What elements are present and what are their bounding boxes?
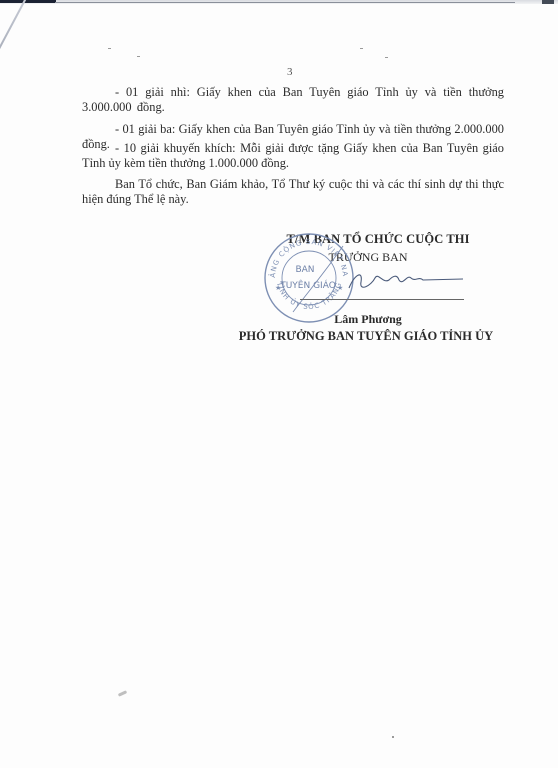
paragraph-text: - 10 giải khuyến khích: Mỗi giải được tặ…: [82, 141, 504, 170]
svg-text:TUYÊN GIÁO: TUYÊN GIÁO: [279, 279, 336, 291]
signature-line: [300, 299, 464, 300]
prize-encouragement-paragraph: - 10 giải khuyến khích: Mỗi giải được tặ…: [82, 141, 504, 170]
official-seal-icon: ĐẢNG CỘNG SẢN VIỆT NAM TỈNH ỦY SÓC TRĂNG…: [263, 232, 355, 324]
scan-speck: [385, 57, 388, 58]
scan-dark-corner: [0, 0, 56, 3]
svg-text:★: ★: [337, 284, 343, 292]
signer-name: Lâm Phương: [258, 312, 478, 327]
scan-speck: [137, 56, 140, 57]
scan-speck: [360, 48, 363, 49]
handwritten-signature-icon: [345, 266, 465, 296]
scan-speck: [392, 736, 394, 738]
page-number: 3: [287, 66, 293, 78]
prize-second-paragraph: - 01 giải nhì: Giấy khen của Ban Tuyên g…: [82, 85, 504, 114]
paragraph-text: Ban Tổ chức, Ban Giám khảo, Tổ Thư ký cu…: [82, 177, 504, 206]
scan-edge-line: [55, 2, 515, 3]
signer-position: PHÓ TRƯỞNG BAN TUYÊN GIÁO TỈNH ỦY: [226, 329, 506, 344]
document-page: 3 - 01 giải nhì: Giấy khen của Ban Tuyên…: [0, 0, 558, 768]
scan-corner-mark: [542, 0, 554, 4]
scan-speck: [108, 48, 111, 49]
scan-fold-line: [0, 0, 28, 80]
scan-smudge: [118, 690, 127, 697]
paragraph-text: - 01 giải nhì: Giấy khen của Ban Tuyên g…: [82, 85, 504, 114]
compliance-paragraph: Ban Tổ chức, Ban Giám khảo, Tổ Thư ký cu…: [82, 177, 504, 206]
svg-text:BAN: BAN: [295, 265, 314, 275]
